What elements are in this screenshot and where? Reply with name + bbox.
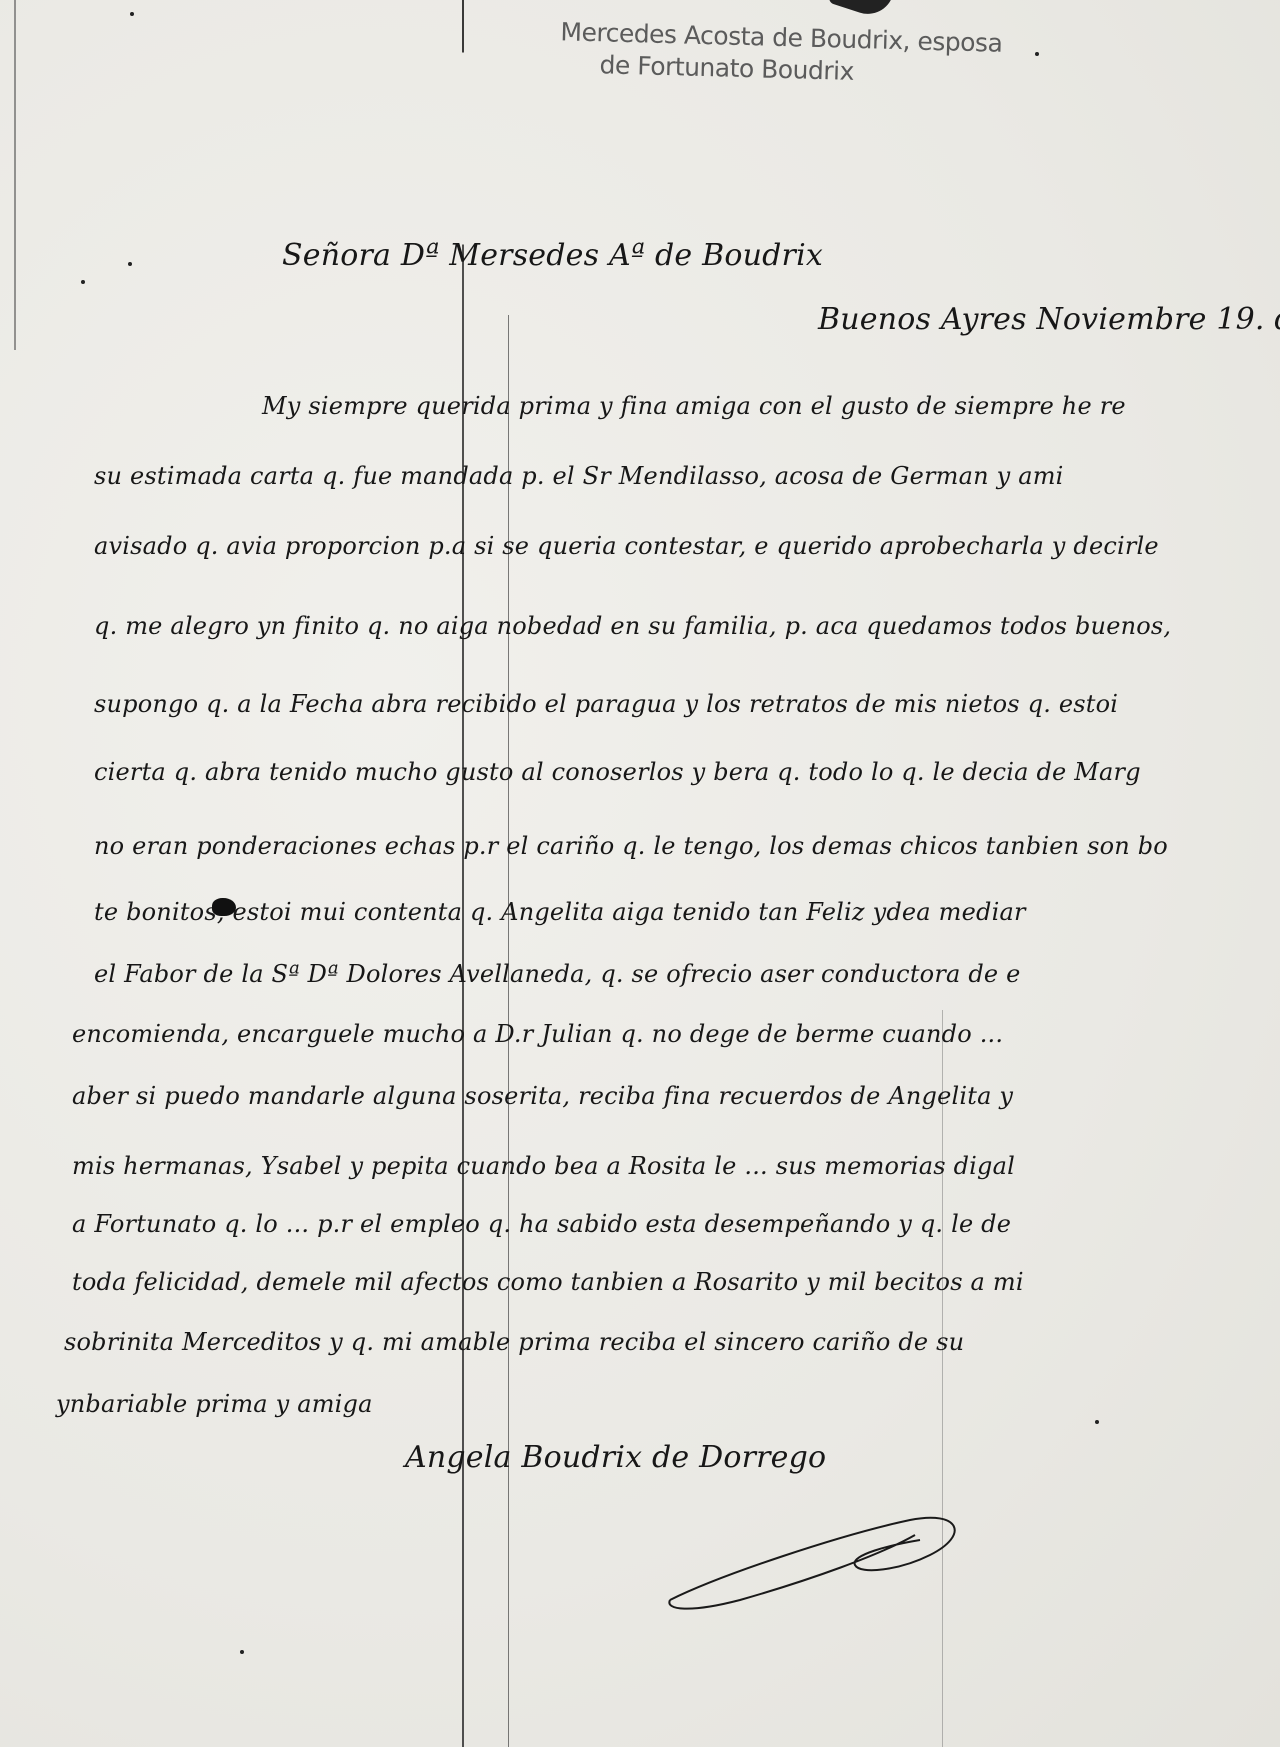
paper-speck [240, 1650, 244, 1654]
top-ink-stain [827, 0, 892, 21]
body-line: q. me alegro yn finito q. no aiga nobeda… [94, 612, 1171, 640]
paper-speck [128, 262, 132, 266]
archival-annotation: Mercedes Acosta de Boudrix, esposa de Fo… [559, 16, 1003, 92]
body-line: el Fabor de la Sª Dª Dolores Avellaneda,… [94, 960, 1021, 988]
paper-speck [1035, 52, 1039, 56]
signature: Angela Boudrix de Dorrego [405, 1440, 826, 1475]
dateline: Buenos Ayres Noviembre 19. de 1867, [818, 302, 1280, 337]
body-line: aber si puedo mandarle alguna soserita, … [72, 1082, 1013, 1110]
body-line: ynbariable prima y amiga [56, 1390, 373, 1418]
salutation: Señora Dª Mersedes Aª de Boudrix [282, 238, 823, 273]
paper-speck [81, 280, 85, 284]
body-line: a Fortunato q. lo ... p.r el empleo q. h… [72, 1210, 1011, 1238]
body-line: encomienda, encarguele mucho a D.r Julia… [72, 1020, 1003, 1048]
paper-speck [130, 12, 134, 16]
ink-blot [212, 898, 236, 916]
body-line: su estimada carta q. fue mandada p. el S… [94, 462, 1064, 490]
letter-page: Mercedes Acosta de Boudrix, esposa de Fo… [0, 0, 1280, 1747]
signature-flourish-icon [660, 1505, 960, 1615]
body-line: supongo q. a la Fecha abra recibido el p… [94, 690, 1118, 718]
body-line: no eran ponderaciones echas p.r el cariñ… [94, 832, 1168, 860]
body-line: My siempre querida prima y fina amiga co… [262, 392, 1126, 420]
body-line: avisado q. avia proporcion p.a si se que… [94, 532, 1159, 560]
fold-line-tertiary [942, 1010, 943, 1747]
body-line: cierta q. abra tenido mucho gusto al con… [94, 758, 1141, 786]
body-line: sobrinita Merceditos y q. mi amable prim… [64, 1328, 964, 1356]
body-line: mis hermanas, Ysabel y pepita cuando bea… [72, 1152, 1015, 1180]
body-line: toda felicidad, demele mil afectos como … [72, 1268, 1024, 1296]
paper-speck [1095, 1420, 1099, 1424]
paper-edge-mark [14, 0, 16, 350]
